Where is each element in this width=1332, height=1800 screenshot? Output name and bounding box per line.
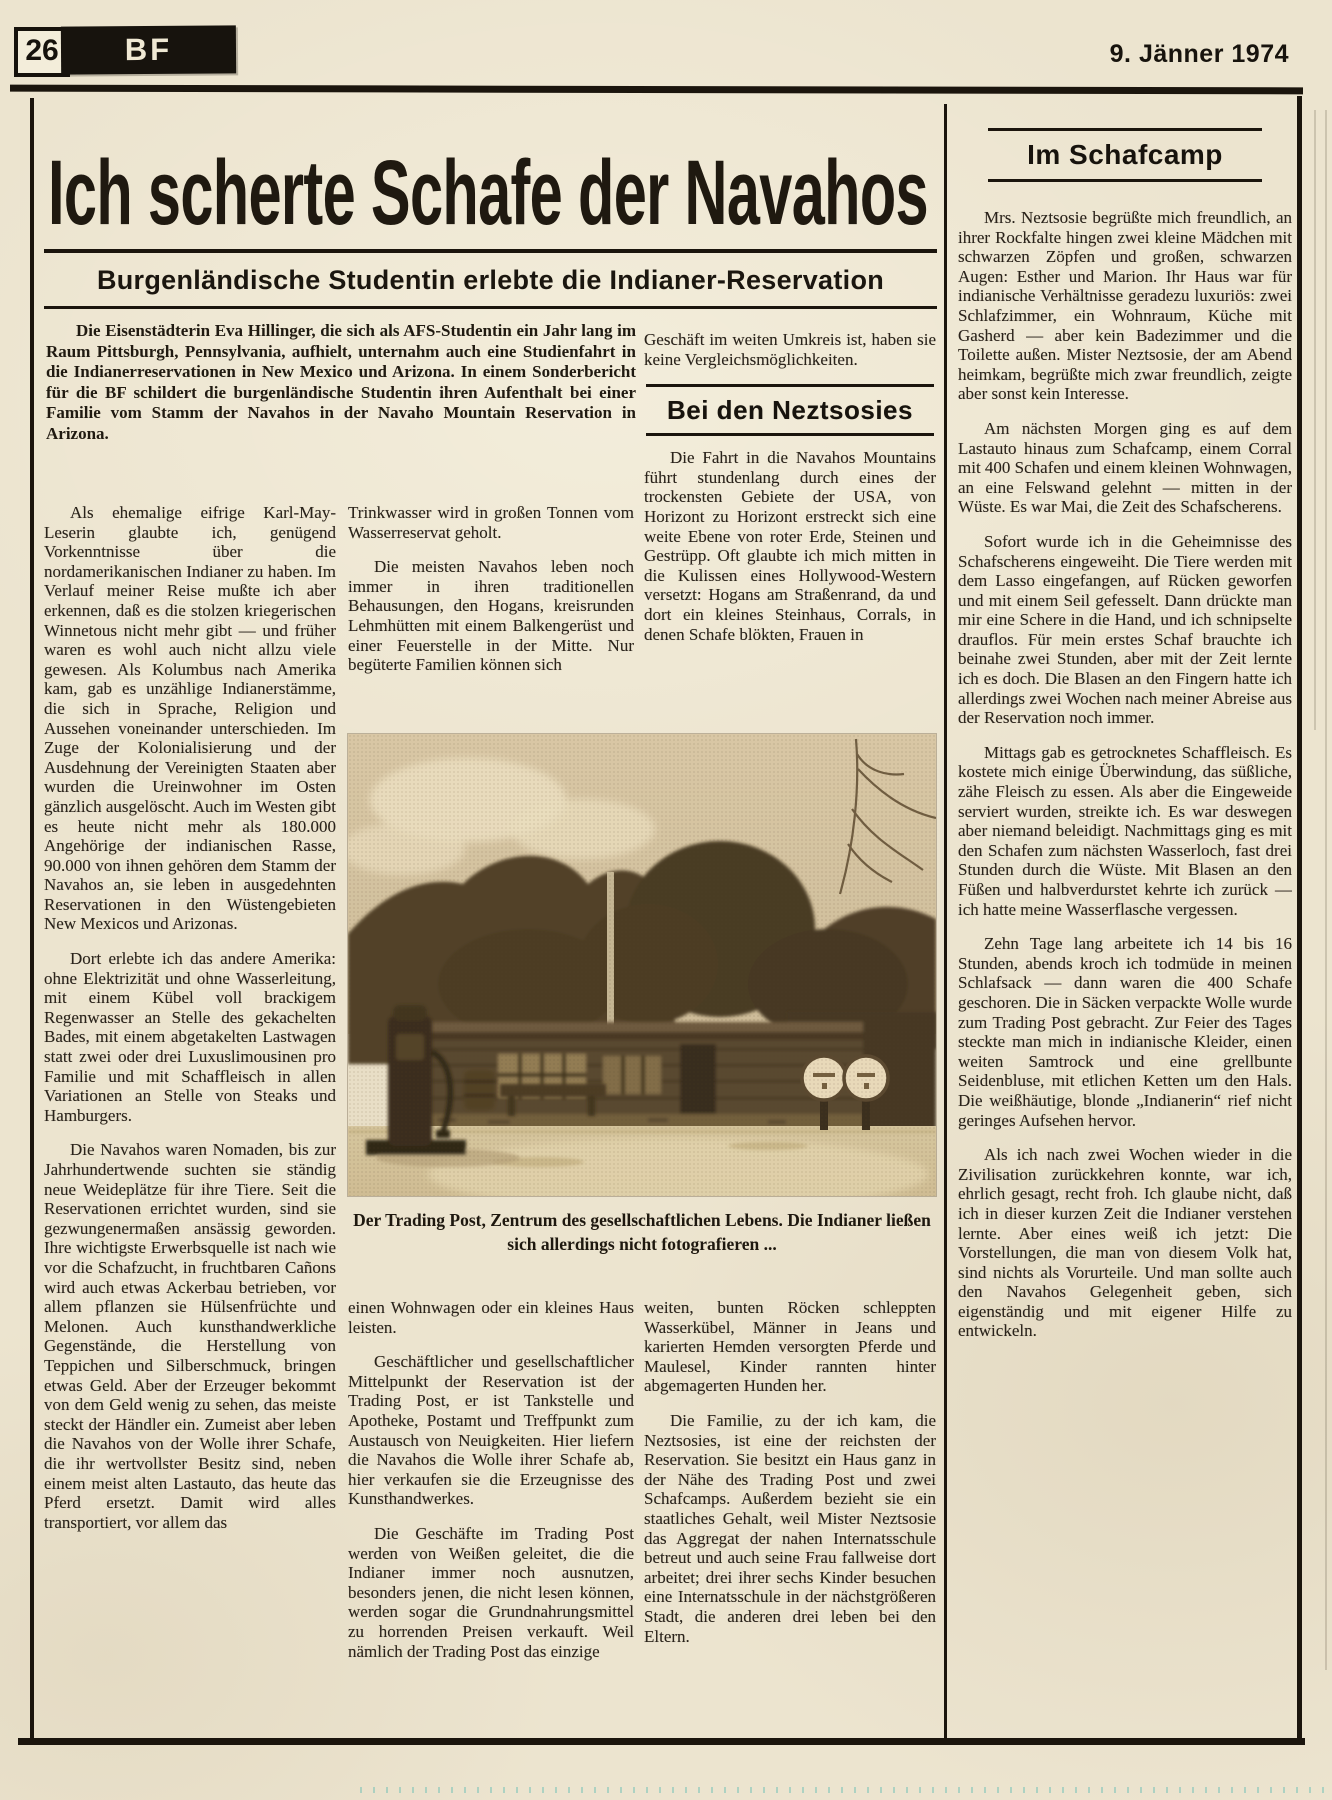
article-paragraph: Zehn Tage lang arbeitete ich 14 bis 16 S… — [958, 934, 1292, 1130]
section-rule-bottom — [646, 433, 934, 436]
sidebar-title: Im Schafcamp — [988, 131, 1262, 179]
article-paragraph: Die Navahos waren Nomaden, bis zur Jahrh… — [44, 1140, 336, 1532]
column-3-bottom: weiten, bunten Röcken schleppten Wasserk… — [644, 1298, 936, 1736]
photo-caption: Der Trading Post, Zentrum des gesellscha… — [352, 1208, 932, 1256]
article-paragraph: Die Fahrt in die Navahos Mountains führt… — [644, 448, 936, 644]
frame-left-border — [30, 98, 34, 1743]
article-paragraph: Mrs. Neztsosie begrüßte mich freundlich,… — [958, 208, 1292, 404]
frame-right-border — [1297, 96, 1302, 1745]
sidebar-text: Mrs. Neztsosie begrüßte mich freundlich,… — [958, 208, 1292, 1708]
page-edge-artifact — [1314, 110, 1316, 730]
newspaper-page: 26 BF 9. Jänner 1974 Ich scherte Schafe … — [0, 0, 1332, 1800]
article-paragraph: Mittags gab es getrocknetes Schaffleisch… — [958, 743, 1292, 919]
article-paragraph: Sofort wurde ich in die Geheimnisse des … — [958, 532, 1292, 728]
bf-logo: BF — [61, 25, 236, 74]
sidebar-column: Im Schafcamp Mrs. Neztsosie begrüßte mic… — [958, 128, 1292, 1732]
article-paragraph: weiten, bunten Röcken schleppten Wasserk… — [644, 1298, 936, 1396]
article-paragraph: Am nächsten Morgen ging es auf dem Lasta… — [958, 419, 1292, 517]
article-paragraph: Dort erlebte ich das andere Amerika: ohn… — [44, 949, 336, 1125]
article-paragraph: Die Geschäfte im Trading Post werden von… — [348, 1524, 634, 1661]
print-registration-marks — [360, 1787, 1332, 1793]
frame-bottom-rule — [18, 1738, 1305, 1745]
article-paragraph: Geschäft im weiten Umkreis ist, haben si… — [644, 330, 936, 369]
column-1: Als ehemalige eifrige Karl-May-Leserin g… — [44, 503, 336, 1731]
page-edge-artifact — [1325, 110, 1327, 1670]
sidebar-rule-bottom — [988, 179, 1262, 182]
article-paragraph: Als ehemalige eifrige Karl-May-Leserin g… — [44, 503, 336, 934]
photo-sepia-wash — [348, 734, 936, 1196]
article-paragraph: Die Familie, zu der ich kam, die Neztsos… — [644, 1411, 936, 1646]
issue-date: 9. Jänner 1974 — [1110, 40, 1289, 69]
article-paragraph: Geschäftlicher und gesellschaftlicher Mi… — [348, 1352, 634, 1509]
subtitle-rule — [44, 306, 937, 309]
article-paragraph: Trinkwasser wird in großen Tonnen vom Wa… — [348, 503, 634, 542]
article-paragraph: Als ich nach zwei Wochen wieder in die Z… — [958, 1145, 1292, 1341]
headline-rule — [44, 249, 937, 253]
column-2-top: Trinkwasser wird in großen Tonnen vom Wa… — [348, 503, 634, 731]
section-heading-block: Bei den Neztsosies — [646, 384, 934, 436]
article-subtitle: Burgenländische Studentin erlebte die In… — [44, 261, 937, 299]
article-headline: Ich scherte Schafe der Navahos — [46, 138, 934, 246]
lead-paragraph: Die Eisenstädterin Eva Hillinger, die si… — [46, 321, 636, 473]
section-title: Bei den Neztsosies — [646, 387, 934, 433]
column-3-top: Geschäft im weiten Umkreis ist, haben si… — [644, 330, 936, 732]
column-2-bottom: einen Wohnwagen oder ein kleines Haus le… — [348, 1298, 634, 1736]
article-paragraph: einen Wohnwagen oder ein kleines Haus le… — [348, 1298, 634, 1337]
headline-text: Ich scherte Schafe der Navahos — [48, 142, 928, 244]
column-separator — [944, 104, 947, 1738]
article-paragraph: Die meisten Navahos leben noch immer in … — [348, 557, 634, 675]
trading-post-photo — [348, 734, 936, 1196]
header-rule — [10, 85, 1303, 95]
sidebar-heading-block: Im Schafcamp — [988, 128, 1262, 182]
